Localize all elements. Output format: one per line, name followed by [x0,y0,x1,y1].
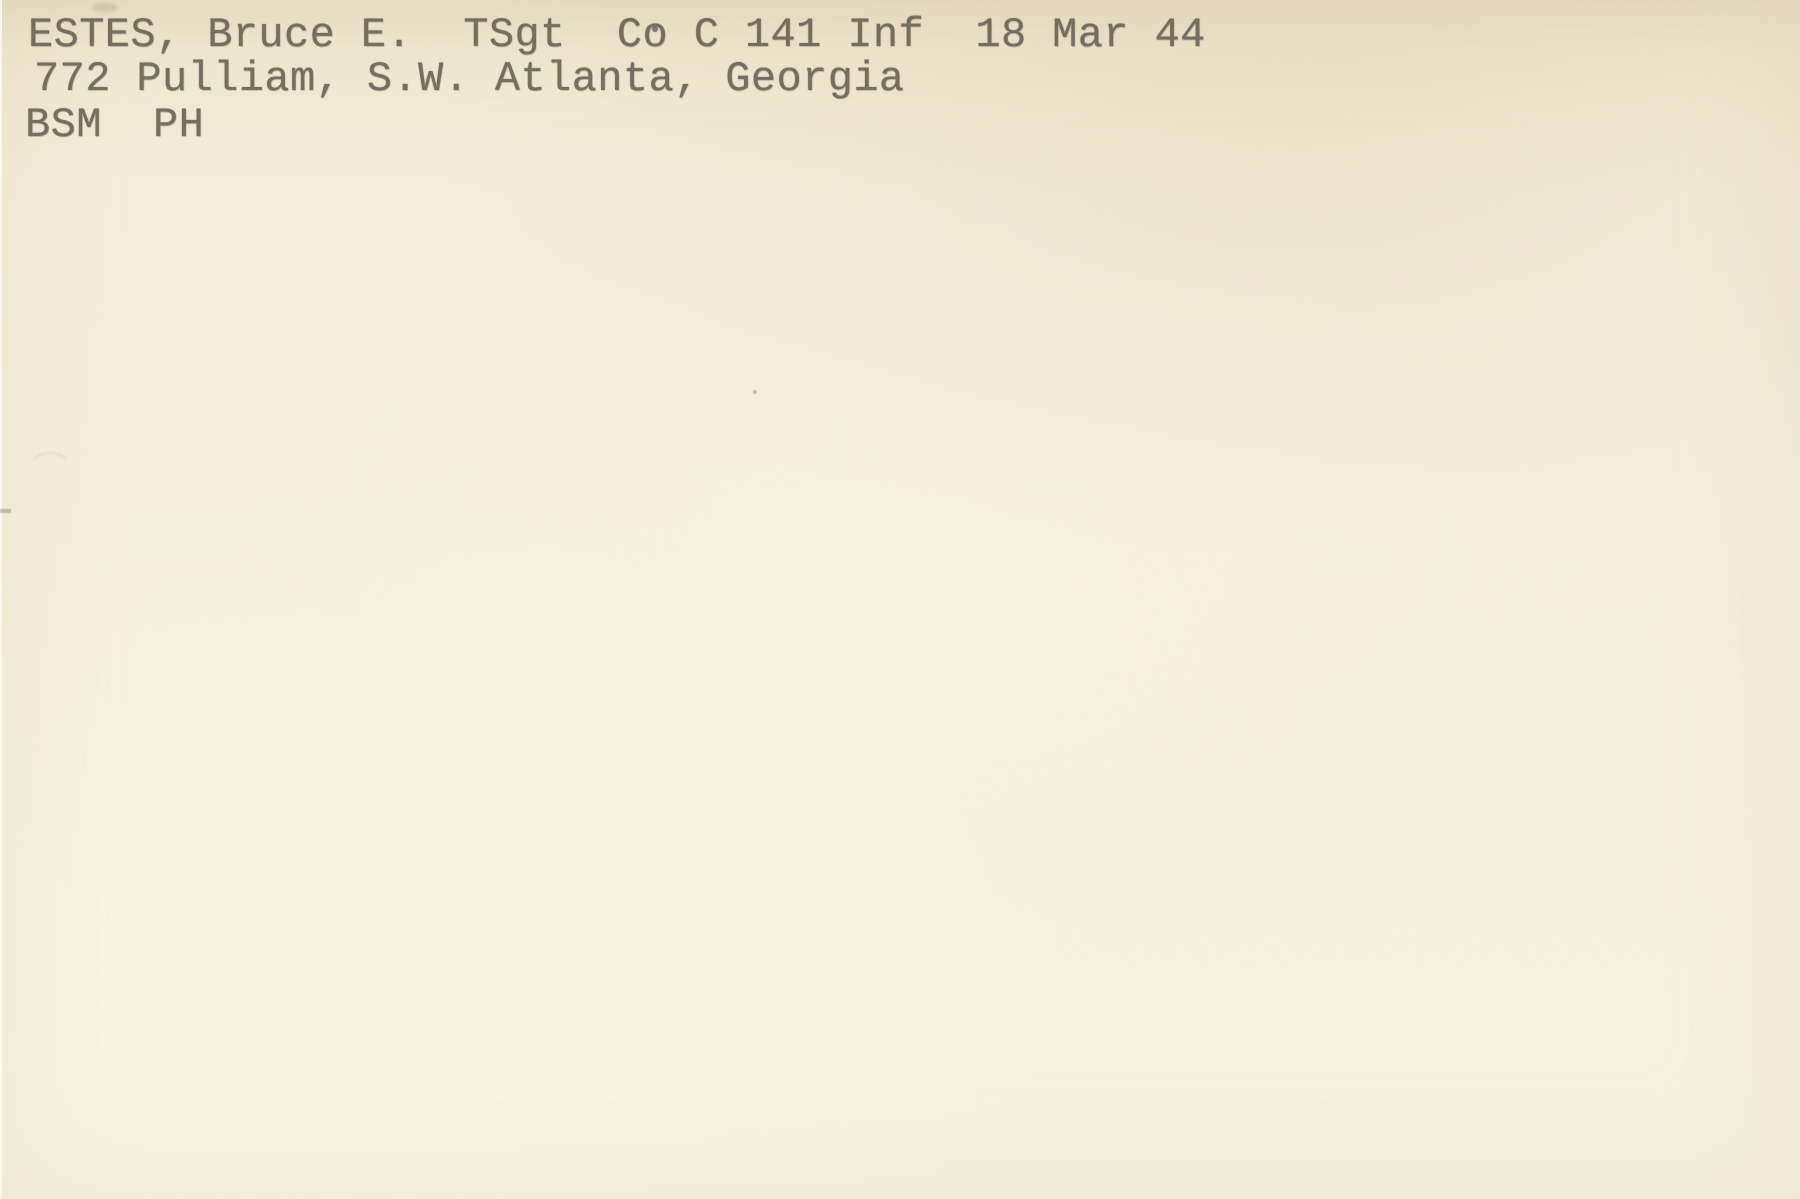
service-member-line: ESTES, Bruce E. TSgt Co C 141 Inf 18 Mar… [28,11,1206,59]
faint-pencil-arc [26,452,74,496]
paper-grain-texture [0,0,1800,1199]
scan-left-edge [0,0,2,1199]
awards-line: BSM PH [25,101,204,149]
home-address-line: 772 Pulliam, S.W. Atlanta, Georgia [34,55,905,103]
paper-speck [753,390,757,394]
scanned-index-card: ESTES, Bruce E. TSgt Co C 141 Inf 18 Mar… [0,0,1800,1199]
